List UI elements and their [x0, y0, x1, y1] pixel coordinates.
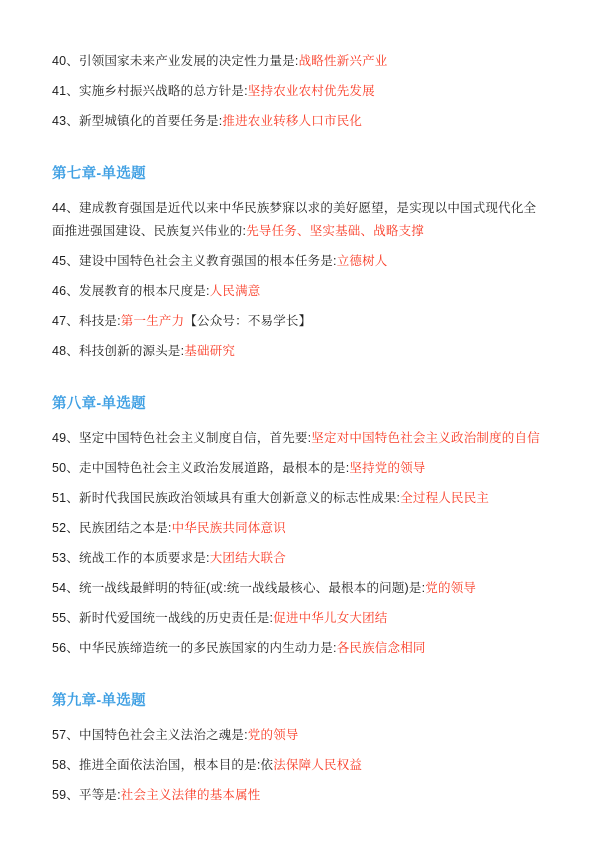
answer-text: 战略性新兴产业 — [299, 54, 388, 68]
question-number: 46、 — [52, 284, 79, 298]
question-number: 53、 — [52, 551, 79, 565]
question-item: 54、统一战线最鲜明的特征(或:统一战线最核心、最根本的问题)是:党的领导 — [52, 577, 544, 600]
answer-text: 坚定对中国特色社会主义政治制度的自信 — [311, 431, 540, 445]
chapter-heading: 第七章-单选题 — [52, 164, 544, 184]
answer-text: 党的领导 — [425, 581, 476, 595]
question-text: 科技创新的源头是: — [79, 344, 184, 358]
question-item: 48、科技创新的源头是:基础研究 — [52, 340, 544, 363]
question-text: 推进全面依法治国，根本目的是:依 — [79, 758, 273, 772]
question-number: 52、 — [52, 521, 79, 535]
question-text: 新时代我国民族政治领域具有重大创新意义的标志性成果: — [79, 491, 400, 505]
answer-text: 立德树人 — [337, 254, 388, 268]
question-item: 58、推进全面依法治国，根本目的是:依法保障人民权益 — [52, 754, 544, 777]
question-number: 49、 — [52, 431, 79, 445]
question-number: 59、 — [52, 788, 79, 802]
question-text: 民族团结之本是: — [79, 521, 172, 535]
question-item: 49、坚定中国特色社会主义制度自信，首先要:坚定对中国特色社会主义政治制度的自信 — [52, 427, 544, 450]
question-item: 50、走中国特色社会主义政治发展道路，最根本的是:坚持党的领导 — [52, 457, 544, 480]
answer-text: 各民族信念相同 — [337, 641, 426, 655]
question-item: 51、新时代我国民族政治领域具有重大创新意义的标志性成果:全过程人民民主 — [52, 487, 544, 510]
answer-text: 基础研究 — [184, 344, 235, 358]
question-number: 54、 — [52, 581, 79, 595]
question-item: 45、建设中国特色社会主义教育强国的根本任务是:立德树人 — [52, 250, 544, 273]
answer-text: 坚持农业农村优先发展 — [248, 84, 375, 98]
question-item: 52、民族团结之本是:中华民族共同体意识 — [52, 517, 544, 540]
question-text: 中国特色社会主义法治之魂是: — [79, 728, 248, 742]
answer-text: 人民满意 — [210, 284, 261, 298]
question-item: 53、统战工作的本质要求是:大团结大联合 — [52, 547, 544, 570]
question-number: 48、 — [52, 344, 79, 358]
answer-text: 中华民族共同体意识 — [172, 521, 286, 535]
question-item: 56、中华民族缔造统一的多民族国家的内生动力是:各民族信念相同 — [52, 637, 544, 660]
question-text: 走中国特色社会主义政治发展道路，最根本的是: — [79, 461, 349, 475]
question-text: 建设中国特色社会主义教育强国的根本任务是: — [79, 254, 337, 268]
question-text: 统一战线最鲜明的特征(或:统一战线最核心、最根本的问题)是: — [79, 581, 425, 595]
question-item: 46、发展教育的根本尺度是:人民满意 — [52, 280, 544, 303]
chapter-heading: 第九章-单选题 — [52, 691, 544, 711]
question-item: 55、新时代爱国统一战线的历史责任是:促进中华儿女大团结 — [52, 607, 544, 630]
answer-text: 第一生产力 — [121, 314, 185, 328]
document-page: 40、引领国家未来产业发展的决定性力量是:战略性新兴产业41、实施乡村振兴战略的… — [0, 0, 596, 842]
question-text: 统战工作的本质要求是: — [79, 551, 210, 565]
question-number: 45、 — [52, 254, 79, 268]
question-number: 51、 — [52, 491, 79, 505]
chapter-heading: 第八章-单选题 — [52, 394, 544, 414]
question-text: 坚定中国特色社会主义制度自信，首先要: — [79, 431, 311, 445]
answer-text: 大团结大联合 — [210, 551, 286, 565]
question-text: 【公众号：不易学长】 — [184, 314, 311, 328]
question-item: 47、科技是:第一生产力【公众号：不易学长】 — [52, 310, 544, 333]
answer-text: 全过程人民民主 — [400, 491, 489, 505]
question-text: 中华民族缔造统一的多民族国家的内生动力是: — [79, 641, 337, 655]
question-number: 56、 — [52, 641, 79, 655]
question-number: 43、 — [52, 114, 79, 128]
question-number: 41、 — [52, 84, 79, 98]
question-item: 43、新型城镇化的首要任务是:推进农业转移人口市民化 — [52, 110, 544, 133]
question-item: 57、中国特色社会主义法治之魂是:党的领导 — [52, 724, 544, 747]
question-text: 平等是: — [79, 788, 121, 802]
question-item: 44、建成教育强国是近代以来中华民族梦寐以求的美好愿望，是实现以中国式现代化全面… — [52, 197, 544, 243]
question-item: 40、引领国家未来产业发展的决定性力量是:战略性新兴产业 — [52, 50, 544, 73]
question-number: 57、 — [52, 728, 79, 742]
answer-text: 促进中华儿女大团结 — [273, 611, 387, 625]
question-number: 40、 — [52, 54, 79, 68]
question-text: 新型城镇化的首要任务是: — [79, 114, 222, 128]
answer-text: 先导任务、坚实基础、战略支撑 — [246, 224, 424, 238]
question-text: 科技是: — [79, 314, 121, 328]
question-number: 58、 — [52, 758, 79, 772]
question-number: 55、 — [52, 611, 79, 625]
question-text: 新时代爱国统一战线的历史责任是: — [79, 611, 273, 625]
question-text: 引领国家未来产业发展的决定性力量是: — [79, 54, 299, 68]
answer-text: 法保障人民权益 — [273, 758, 362, 772]
question-text: 实施乡村振兴战略的总方针是: — [79, 84, 248, 98]
question-item: 59、平等是:社会主义法律的基本属性 — [52, 784, 544, 807]
answer-text: 推进农业转移人口市民化 — [222, 114, 362, 128]
answer-text: 社会主义法律的基本属性 — [121, 788, 261, 802]
document-content: 40、引领国家未来产业发展的决定性力量是:战略性新兴产业41、实施乡村振兴战略的… — [0, 0, 596, 807]
question-text: 发展教育的根本尺度是: — [79, 284, 210, 298]
answer-text: 坚持党的领导 — [349, 461, 425, 475]
question-item: 41、实施乡村振兴战略的总方针是:坚持农业农村优先发展 — [52, 80, 544, 103]
question-number: 44、 — [52, 201, 79, 215]
answer-text: 党的领导 — [248, 728, 299, 742]
question-number: 47、 — [52, 314, 79, 328]
question-number: 50、 — [52, 461, 79, 475]
